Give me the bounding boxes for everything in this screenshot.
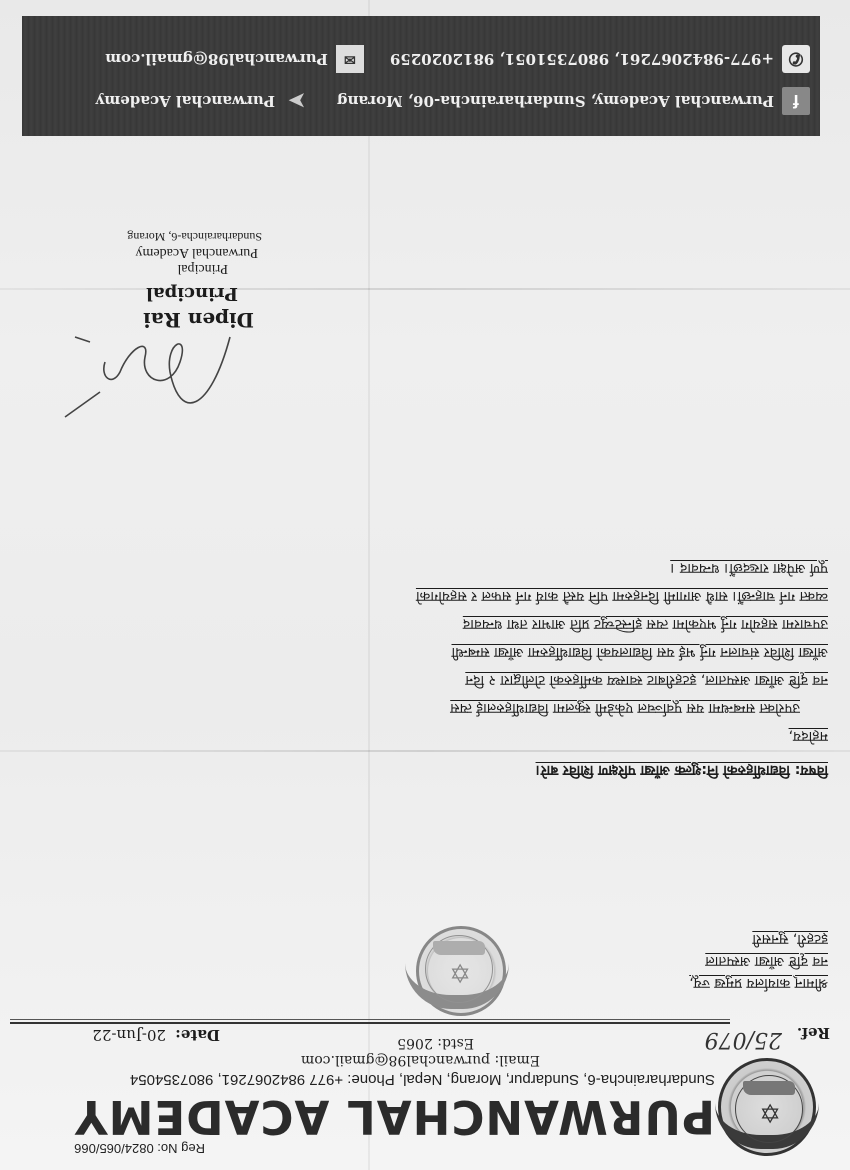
handwritten-signature-icon xyxy=(50,322,250,432)
recipient-address: श्रीमान् कार्यालय प्रमुख ज्यू, नव दृष्टि… xyxy=(689,928,828,994)
footer-contact-bar: f Purwanchal Academy, Sundarharaincha-06… xyxy=(22,16,820,136)
date-label: Date: xyxy=(175,1026,220,1044)
star-emblem-icon: ✡ xyxy=(449,957,471,987)
footer-email-text: Purwanchal98@gmail.com xyxy=(105,50,328,68)
phone-icon: ✆ xyxy=(782,45,810,73)
header-divider xyxy=(10,1019,730,1020)
mail-icon: ✉ xyxy=(336,45,364,73)
stamp-address: Sundarharaincha-6, Morang xyxy=(127,229,262,244)
footer-facebook-text: Purwanchal Academy, Sundarharaincha-06, … xyxy=(337,92,774,110)
letter-subject: विषय: विद्यार्थीहरुको नि:शुल्क आँखा परिक… xyxy=(536,761,828,780)
school-emblem-seal-icon: ✡ xyxy=(416,926,506,1016)
header-divider xyxy=(10,1022,730,1024)
established-year: Estd: 2065 xyxy=(397,1035,474,1051)
body-line: उपरोक्त सम्बन्धमा यस पूर्वाञ्चल एकेडेमी … xyxy=(78,694,828,722)
fold-crease xyxy=(0,750,850,752)
school-emblem-seal-icon: ✡ xyxy=(718,1058,816,1156)
ref-number-handwritten: 25/079 xyxy=(705,1027,782,1052)
footer-location-text: Purwanchal Academy xyxy=(96,92,275,110)
signatory-name: Dipen Rai xyxy=(143,308,254,332)
school-name: PURWANCHAL ACADEMY xyxy=(74,1094,715,1140)
star-emblem-icon: ✡ xyxy=(759,1097,781,1127)
stamp-title: Principal xyxy=(177,260,228,276)
date-value: 20-Jun-22 xyxy=(92,1026,166,1044)
body-line: व्यक्त गर्न चाहन्छौं। साथै आगामी दिनहरुम… xyxy=(78,582,828,610)
body-line: उपचारमा सहयोग गर्नु भएकोमा त्यस इन्स्टिच… xyxy=(78,610,828,638)
scanned-letter-page: ✡ Reg No: 0824/065/066 PURWANCHAL ACADEM… xyxy=(0,0,850,1170)
footer-row: f Purwanchal Academy, Sundarharaincha-06… xyxy=(96,86,810,116)
body-line: नव दृष्टि आँखा अस्पताल, इटहरीबाट स्वास्थ… xyxy=(78,666,828,694)
letterhead: ✡ Reg No: 0824/065/066 PURWANCHAL ACADEM… xyxy=(10,1014,830,1164)
letter-body: उपरोक्त सम्बन्धमा यस पूर्वाञ्चल एकेडेमी … xyxy=(78,554,828,722)
signatory-title: Principal xyxy=(146,283,238,304)
fold-crease xyxy=(0,288,850,290)
salutation: महोदय, xyxy=(789,727,828,746)
recipient-line: इटहरी, सुनसरी xyxy=(689,928,828,950)
recipient-line: नव दृष्टि आँखा अस्पताल xyxy=(689,950,828,972)
body-line: आँखा शिविर संचालन गर्नु भई यस विद्यालयको… xyxy=(78,638,828,666)
email: Email: purwanchal98@gmail.com xyxy=(301,1052,540,1068)
location-icon: ➤ xyxy=(283,87,311,115)
footer-row: ✆ +977-9842067261, 9807351051, 981202025… xyxy=(105,44,810,74)
body-line: पूर्ण अपेक्षा राख्दछौं। धन्यवाद । xyxy=(78,554,828,582)
stamp-organization: Purwanchal Academy xyxy=(136,244,258,260)
address-phone: Sundarharaincha-6, Sundarpur, Morang, Ne… xyxy=(130,1071,715,1088)
watermark-seal: ✡ xyxy=(410,920,510,1020)
ref-label: Ref. xyxy=(797,1024,830,1042)
recipient-line: श्रीमान् कार्यालय प्रमुख ज्यू, xyxy=(689,972,828,994)
facebook-icon: f xyxy=(782,87,810,115)
footer-phone-text: +977-9842067261, 9807351051, 9812020259 xyxy=(390,50,774,68)
